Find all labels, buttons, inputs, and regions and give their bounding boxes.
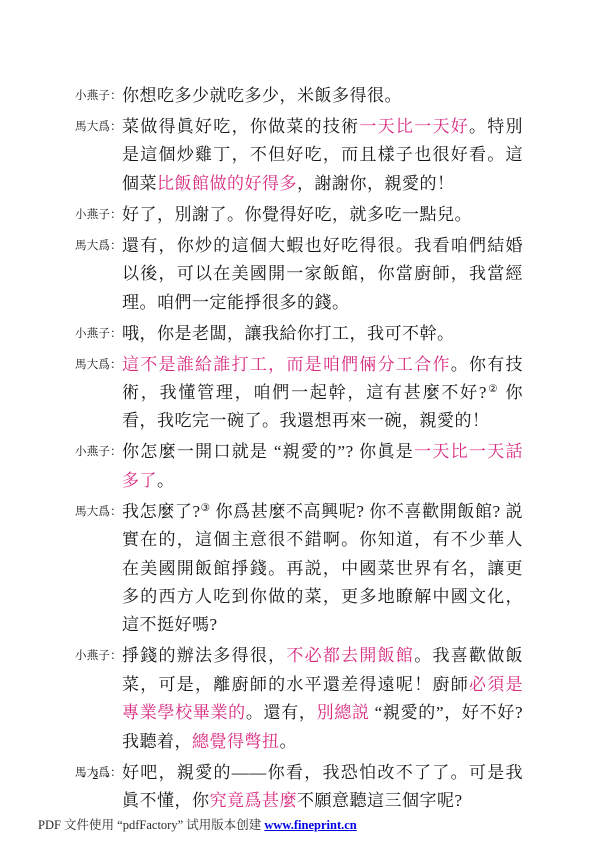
speaker-label: 小燕子： bbox=[75, 201, 122, 229]
dialogue-entry: 小燕子：好了，別謝了。你覺得好吃，就多吃一點兒。 bbox=[75, 201, 523, 229]
dialogue-text: 掙錢的辦法多得很，不必都去開飯館。我喜歡做飯菜，可是，離廚師的水平還差得遠呢！廚… bbox=[122, 642, 523, 756]
text-segment: 你怎麼一開口就是 “親愛的”? 你眞是 bbox=[122, 442, 414, 461]
highlighted-phrase: 這不是誰給誰打工，而是咱們倆分工合作 bbox=[122, 355, 451, 374]
dialogue-entry: 馬大爲：這不是誰給誰打工，而是咱們倆分工合作。你有技術，我懂管理，咱們一起幹，這… bbox=[75, 351, 523, 436]
text-segment: 還有，你炒的這個大蝦也好吃得很。我看咱們結婚以後，可以在美國開一家飯館，你當廚師… bbox=[122, 236, 523, 312]
speaker-label: 小燕子： bbox=[75, 438, 122, 466]
highlighted-phrase: 一天比一天好 bbox=[359, 117, 469, 136]
footer-text: PDF 文件使用 “pdfFactory” 试用版本创建 bbox=[38, 818, 264, 832]
speaker-label: 小燕子： bbox=[75, 320, 122, 348]
page-number: - 2 - bbox=[81, 768, 112, 783]
pdffactory-footer: PDF 文件使用 “pdfFactory” 试用版本创建 www.finepri… bbox=[38, 815, 357, 833]
text-segment: 好了，別謝了。你覺得好吃，就多吃一點兒。 bbox=[122, 205, 472, 224]
dialogue-entry: 小燕子：掙錢的辦法多得很，不必都去開飯館。我喜歡做飯菜，可是，離廚師的水平還差得… bbox=[75, 642, 523, 756]
dialogue-text: 菜做得眞好吃，你做菜的技術一天比一天好。特別是這個炒雞丁，不但好吃，而且樣子也很… bbox=[122, 113, 523, 198]
highlighted-phrase: 究竟爲甚麼 bbox=[210, 791, 298, 810]
dialogue-text: 好吧，親愛的——你看，我恐怕改不了了。可是我眞不懂，你究竟爲甚麼不願意聽這三個字… bbox=[122, 759, 523, 816]
text-segment: 。還有， bbox=[246, 703, 317, 722]
fineprint-link[interactable]: www.fineprint.cn bbox=[264, 818, 356, 832]
speaker-label: 馬大爲： bbox=[75, 113, 122, 141]
speaker-label: 馬大爲： bbox=[75, 498, 122, 526]
dialogue-entry: 小燕子：你怎麼一開口就是 “親愛的”? 你眞是一天比一天話多了。 bbox=[75, 438, 523, 495]
dialogue-entry: 馬大爲：好吧，親愛的——你看，我恐怕改不了了。可是我眞不懂，你究竟爲甚麼不願意聽… bbox=[75, 759, 523, 816]
text-segment: 不願意聽這三個字呢? bbox=[297, 791, 463, 810]
text-segment: 我怎麼了? bbox=[122, 502, 201, 521]
footnote-marker: ② bbox=[487, 384, 499, 395]
text-segment: 菜做得眞好吃，你做菜的技術 bbox=[122, 117, 359, 136]
dialogue-entry: 馬大爲：還有，你炒的這個大蝦也好吃得很。我看咱們結婚以後，可以在美國開一家飯館，… bbox=[75, 232, 523, 317]
speaker-label: 小燕子： bbox=[75, 82, 122, 110]
dialogue-text: 你怎麼一開口就是 “親愛的”? 你眞是一天比一天話多了。 bbox=[122, 438, 523, 495]
dialogue-entry: 小燕子：哦，你是老闆，讓我給你打工，我可不幹。 bbox=[75, 320, 523, 348]
dialogue-entry: 馬大爲：我怎麼了?③ 你爲甚麼不高興呢? 你不喜歡開飯館? 説實在的，這個主意很… bbox=[75, 498, 523, 640]
text-segment: 掙錢的辦法多得很， bbox=[122, 646, 286, 665]
highlighted-phrase: 總覺得彆扭 bbox=[192, 732, 280, 751]
speaker-label: 馬大爲： bbox=[75, 351, 122, 379]
text-segment: 。 bbox=[157, 471, 175, 490]
page: 小燕子：你想吃多少就吃多少，米飯多得很。馬大爲：菜做得眞好吃，你做菜的技術一天比… bbox=[0, 0, 595, 842]
dialogue-text: 你想吃多少就吃多少，米飯多得很。 bbox=[122, 82, 523, 110]
dialogue-text: 我怎麼了?③ 你爲甚麼不高興呢? 你不喜歡開飯館? 説實在的，這個主意很不錯啊。… bbox=[122, 498, 523, 640]
text-segment: 你想吃多少就吃多少，米飯多得很。 bbox=[122, 86, 402, 105]
dialogue: 小燕子：你想吃多少就吃多少，米飯多得很。馬大爲：菜做得眞好吃，你做菜的技術一天比… bbox=[75, 82, 523, 818]
dialogue-text: 哦，你是老闆，讓我給你打工，我可不幹。 bbox=[122, 320, 523, 348]
speaker-label: 小燕子： bbox=[75, 642, 122, 670]
text-segment: ，謝謝你，親愛的！ bbox=[297, 174, 455, 193]
highlighted-phrase: 比飯館做的好得多 bbox=[157, 174, 297, 193]
highlighted-phrase: 不必都去開飯館 bbox=[286, 646, 414, 665]
dialogue-text: 好了，別謝了。你覺得好吃，就多吃一點兒。 bbox=[122, 201, 523, 229]
dialogue-text: 還有，你炒的這個大蝦也好吃得很。我看咱們結婚以後，可以在美國開一家飯館，你當廚師… bbox=[122, 232, 523, 317]
dialogue-text: 這不是誰給誰打工，而是咱們倆分工合作。你有技術，我懂管理，咱們一起幹，這有甚麼不… bbox=[122, 351, 523, 436]
text-segment: 哦，你是老闆，讓我給你打工，我可不幹。 bbox=[122, 324, 455, 343]
dialogue-entry: 小燕子：你想吃多少就吃多少，米飯多得很。 bbox=[75, 82, 523, 110]
highlighted-phrase: 別總説 bbox=[317, 703, 370, 722]
footnote-marker: ③ bbox=[201, 503, 211, 514]
dialogue-entry: 馬大爲：菜做得眞好吃，你做菜的技術一天比一天好。特別是這個炒雞丁，不但好吃，而且… bbox=[75, 113, 523, 198]
speaker-label: 馬大爲： bbox=[75, 232, 122, 260]
text-segment: 你爲甚麼不高興呢? 你不喜歡開飯館? 説實在的，這個主意很不錯啊。你知道，有不少… bbox=[122, 502, 523, 635]
text-segment: 。 bbox=[280, 732, 298, 751]
